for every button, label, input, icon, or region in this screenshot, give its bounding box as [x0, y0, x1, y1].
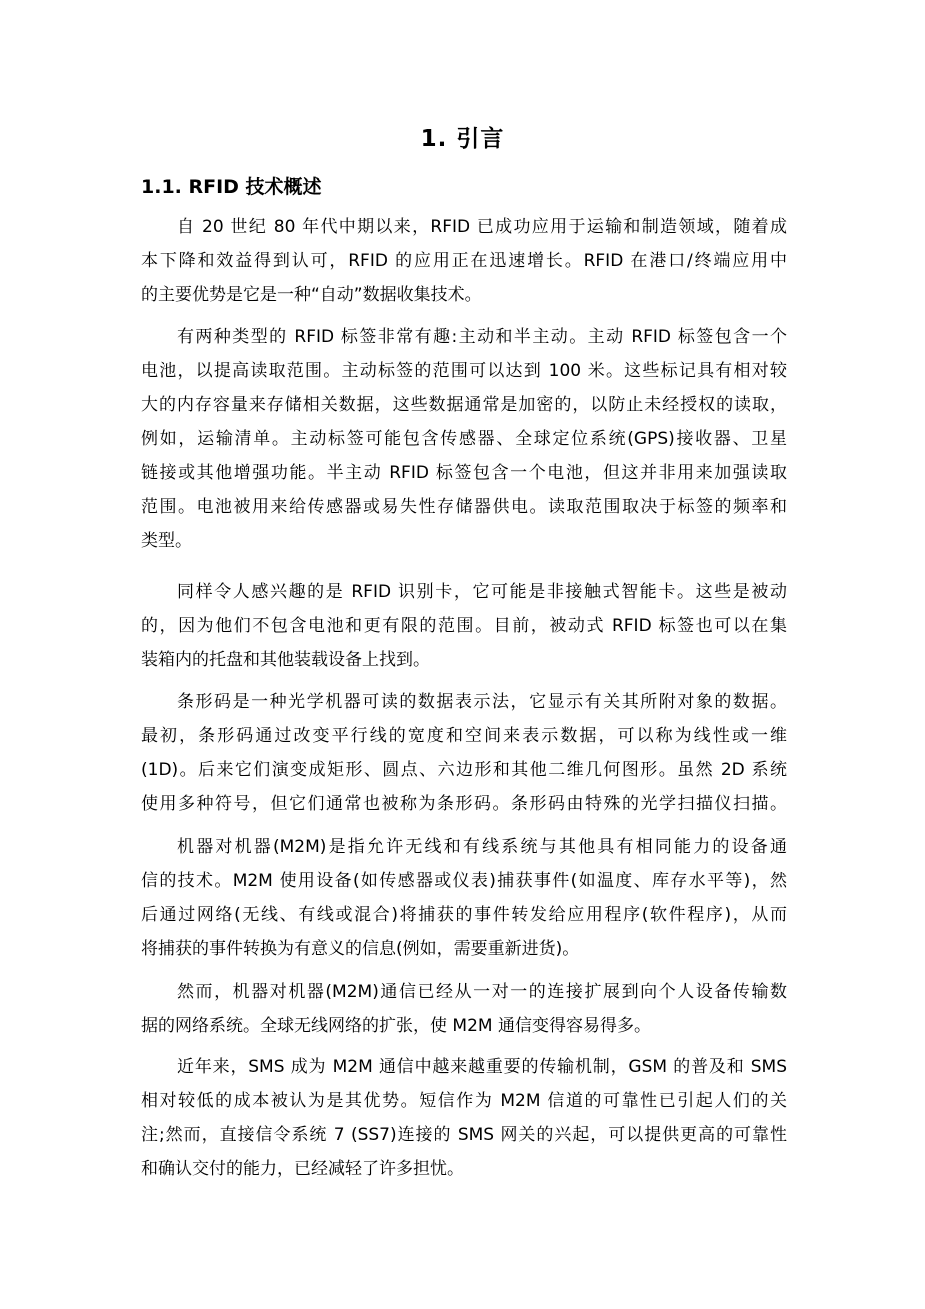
- text-line: 自 20 世纪 80 年代中期以来，RFID 已成功应用于运输和制造领域，随着成: [141, 210, 787, 244]
- paragraph-2: 有两种类型的 RFID 标签非常有趣:主动和半主动。主动 RFID 标签包含一个…: [141, 320, 787, 558]
- text-line: 信的技术。M2M 使用设备(如传感器或仪表)捕获事件(如温度、库存水平等)，然: [141, 864, 787, 898]
- text-line: 然而，机器对机器(M2M)通信已经从一对一的连接扩展到向个人设备传输数: [141, 975, 787, 1009]
- text-line: 有两种类型的 RFID 标签非常有趣:主动和半主动。主动 RFID 标签包含一个: [141, 320, 787, 354]
- text-line: 的，因为他们不包含电池和更有限的范围。目前，被动式 RFID 标签也可以在集: [141, 609, 787, 643]
- chapter-title: 1. 引言: [0, 120, 925, 153]
- paragraph-5: 机器对机器(M2M)是指允许无线和有线系统与其他具有相同能力的设备通 信的技术。…: [141, 830, 787, 966]
- text-line: 据的网络系统。全球无线网络的扩张，使 M2M 通信变得容易得多。: [141, 1009, 787, 1043]
- paragraph-7: 近年来，SMS 成为 M2M 通信中越来越重要的传输机制，GSM 的普及和 SM…: [141, 1050, 787, 1186]
- text-line: 相对较低的成本被认为是其优势。短信作为 M2M 信道的可靠性已引起人们的关: [141, 1084, 787, 1118]
- text-line: 本下降和效益得到认可，RFID 的应用正在迅速增长。RFID 在港口/终端应用中: [141, 244, 787, 278]
- text-line: 条形码是一种光学机器可读的数据表示法，它显示有关其所附对象的数据。: [141, 685, 787, 719]
- text-line: 大的内存容量来存储相关数据，这些数据通常是加密的，以防止未经授权的读取，: [141, 388, 787, 422]
- text-line: 将捕获的事件转换为有意义的信息(例如，需要重新进货)。: [141, 932, 787, 966]
- text-line: 电池，以提高读取范围。主动标签的范围可以达到 100 米。这些标记具有相对较: [141, 354, 787, 388]
- text-line: 链接或其他增强功能。半主动 RFID 标签包含一个电池，但这并非用来加强读取: [141, 456, 787, 490]
- text-line: 注;然而，直接信令系统 7 (SS7)连接的 SMS 网关的兴起，可以提供更高的…: [141, 1118, 787, 1152]
- text-line: 类型。: [141, 524, 787, 558]
- text-line: 的主要优势是它是一种“自动”数据收集技术。: [141, 278, 787, 312]
- text-line: 近年来，SMS 成为 M2M 通信中越来越重要的传输机制，GSM 的普及和 SM…: [141, 1050, 787, 1084]
- text-line: 和确认交付的能力，已经减轻了许多担忧。: [141, 1152, 787, 1186]
- text-line: 使用多种符号，但它们通常也被称为条形码。条形码由特殊的光学扫描仪扫描。: [141, 787, 787, 821]
- text-line: 机器对机器(M2M)是指允许无线和有线系统与其他具有相同能力的设备通: [141, 830, 787, 864]
- paragraph-1: 自 20 世纪 80 年代中期以来，RFID 已成功应用于运输和制造领域，随着成…: [141, 210, 787, 312]
- text-line: 最初，条形码通过改变平行线的宽度和空间来表示数据，可以称为线性或一维: [141, 719, 787, 753]
- paragraph-4: 条形码是一种光学机器可读的数据表示法，它显示有关其所附对象的数据。 最初，条形码…: [141, 685, 787, 821]
- paragraph-3: 同样令人感兴趣的是 RFID 识别卡，它可能是非接触式智能卡。这些是被动 的，因…: [141, 575, 787, 677]
- text-line: 范围。电池被用来给传感器或易失性存储器供电。读取范围取决于标签的频率和: [141, 490, 787, 524]
- text-line: 装箱内的托盘和其他装载设备上找到。: [141, 643, 787, 677]
- text-line: 后通过网络(无线、有线或混合)将捕获的事件转发给应用程序(软件程序)，从而: [141, 898, 787, 932]
- text-line: 同样令人感兴趣的是 RFID 识别卡，它可能是非接触式智能卡。这些是被动: [141, 575, 787, 609]
- paragraph-6: 然而，机器对机器(M2M)通信已经从一对一的连接扩展到向个人设备传输数 据的网络…: [141, 975, 787, 1043]
- text-line: (1D)。后来它们演变成矩形、圆点、六边形和其他二维几何图形。虽然 2D 系统: [141, 753, 787, 787]
- section-heading: 1.1. RFID 技术概述: [141, 172, 322, 199]
- text-line: 例如，运输清单。主动标签可能包含传感器、全球定位系统(GPS)接收器、卫星: [141, 422, 787, 456]
